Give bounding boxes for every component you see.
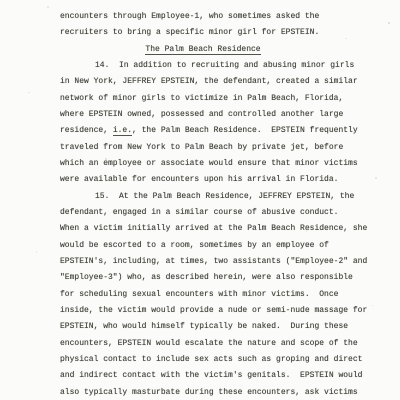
- scan-speck: [36, 251, 37, 253]
- scan-speck: [215, 77, 216, 79]
- section-heading: The Palm Beach Residence: [60, 42, 360, 58]
- text-line: inside, the victim would provide a nude …: [60, 303, 360, 319]
- scan-speck: [306, 231, 307, 232]
- scan-speck: [28, 92, 30, 93]
- text-line: "Employee-3") who, as described herein, …: [60, 270, 360, 286]
- text-line: traveled from New York to Palm Beach by …: [60, 140, 360, 156]
- scan-speck: [345, 38, 347, 39]
- scan-speck: [120, 341, 122, 342]
- text-line: recruiters to bring a specific minor gir…: [60, 25, 360, 41]
- text-line: When a victim initially arrived at the P…: [60, 221, 360, 237]
- scan-speck: [105, 158, 107, 160]
- text-line: where EPSTEIN owned, possessed and contr…: [60, 107, 360, 123]
- text-line: 15. At the Palm Beach Residence, JEFFREY…: [60, 189, 360, 205]
- text-line: EPSTEIN's, including, at times, two assi…: [60, 254, 360, 270]
- text-line: also typically masturbate during these e…: [60, 385, 360, 400]
- document-page: encounters through Employee-1, who somet…: [0, 0, 400, 400]
- text-line: encounters, EPSTEIN would escalate the n…: [60, 336, 360, 352]
- text-line: defendant, engaged in a similar course o…: [60, 205, 360, 221]
- text-line: for scheduling sexual encounters with mi…: [60, 287, 360, 303]
- scan-speck: [47, 6, 49, 8]
- scan-speck: [372, 305, 373, 306]
- text-line: and indirect contact with the victim's g…: [60, 368, 360, 384]
- text-line: encounters through Employee-1, who somet…: [60, 9, 360, 25]
- document-lines: encounters through Employee-1, who somet…: [60, 9, 360, 400]
- text-line: network of minor girls to victimize in P…: [60, 91, 360, 107]
- text-line: 14. In addition to recruiting and abusin…: [60, 58, 360, 74]
- scan-speck: [388, 22, 390, 24]
- text-line: in New York, JEFFREY EPSTEIN, the defend…: [60, 74, 360, 90]
- text-line: physical contact to include sex acts suc…: [60, 352, 360, 368]
- scan-speck: [76, 10, 77, 11]
- text-line: were available for encounters upon his a…: [60, 172, 360, 188]
- text-line: residence, i.e., the Palm Beach Residenc…: [60, 123, 360, 139]
- text-line: EPSTEIN, who would himself typically be …: [60, 319, 360, 335]
- scan-speck: [375, 177, 377, 179]
- text-line: would be escorted to a room, sometimes b…: [60, 238, 360, 254]
